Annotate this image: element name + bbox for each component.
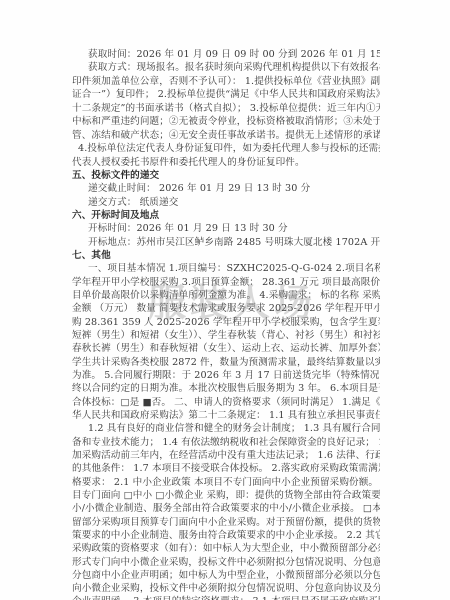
submission-method: 递交方式： 纸质递交 xyxy=(88,196,380,209)
body-line: 企业声明函。 3.本项目的特定资格要求： 3.1 本项目是否属于政府购买服务： xyxy=(72,595,380,600)
body-line: 策要求的中小企业制造、服务由符合政策要求的中小企业承接。 2.2 其它落实政府 xyxy=(72,529,380,542)
body-line: 的其他条件： 1.7 本项目不接受联合体投标。 2.落实政府采购政策需满足的资 xyxy=(72,462,380,475)
section-heading-submission: 五、投标文件的递交 xyxy=(72,169,380,182)
get-method-line: 证合一”）复印件； 2.投标单位提供“满足《中华人民共和国政府采购法》第二 xyxy=(72,88,380,101)
get-time-line: 获取时间：2026 年 01 月 09 日 09 时 00 分到 2026 年 … xyxy=(88,48,380,61)
get-method-line: 代表人授权委托书原件和委托代理人的身份证复印件。 xyxy=(72,156,380,169)
section-heading-opening: 六、开标时间及地点 xyxy=(72,209,380,222)
body-line: 为准。 5.合同履行期限：于 2026 年 3 月 17 日前送货完毕（特殊情况… xyxy=(72,369,380,382)
opening-time: 开标时间：2026 年 01 月 29 日 13 时 30 分 xyxy=(88,222,380,235)
document-page: 获取时间：2026 年 01 月 09 日 09 时 00 分到 2026 年 … xyxy=(0,0,450,600)
opening-location: 开标地点：苏州市吴江区鲈乡南路 2485 号明珠大厦北楼 1702A 开标室 xyxy=(88,236,380,249)
get-method-line: 管、冻结和破产状态；④无安全责任事故承诺书。提供无上述情形的承诺书原件。 xyxy=(72,129,380,142)
body-line: 备和专业技术能力； 1.4 有依法缴纳税收和社会保障资金的良好记录； 1.5 参 xyxy=(72,436,380,449)
section-heading-other: 七、其他 xyxy=(72,249,380,262)
body-line: 分包商中小企业声明函；如中标人为中型企业，小微预留部分必须以分包形式专门 xyxy=(72,569,380,582)
submission-deadline: 递交截止时间： 2026 年 01 月 29 日 13 时 30 分 xyxy=(88,182,380,195)
body-line: 向小微企业采购，投标文件中必须附拟分包情况说明、分包意向协议及分包商中小 xyxy=(72,582,380,595)
body-line: 目专门面向 □中小 □小微企业 采购，即：提供的货物全部由符合政策要求的中 xyxy=(72,489,380,502)
get-method-line: 印件须加盖单位公章，否则不予认可）： 1.提供投标单位《营业执照》副本（“三 xyxy=(72,75,380,88)
get-method-line: 获取方式：现场报名。报名获时须向采购代理机构提供以下有效报名材料（复 xyxy=(88,61,380,74)
get-method-line: 4.投标单位法定代表人身份证复印件，如为委托代理人参与投标的还需提供法定 xyxy=(78,142,380,155)
body-line: 一、项目基本情况 1.项目编号：SZXHC2025-Q-G-024 2.项目名称… xyxy=(88,262,380,275)
body-line: 终以合同约定的日期为准。本批次校服售后服务期为 3 年。 6.本项目是否接受联 xyxy=(72,382,380,395)
get-method-line: 十二条规定”的书面承诺书（格式自拟）； 3.投标单位提供：近三年内①无骗取 xyxy=(72,102,380,115)
body-line: 加采购活动前三年内，在经营活动中没有重大违法记录； 1.6 法律、行政法规规定 xyxy=(72,449,380,462)
get-method-line: 中标和严重违约问题；②无被责令停业，投标资格被取消情形；③未处于财务被接 xyxy=(72,115,380,128)
body-line: 春秋长裤（男生）和春秋短裙（女生）、运动上衣、运动长裤、加厚外套），359 名 xyxy=(72,342,380,355)
body-line: 学生共计采购各类校服 2872 件，数量为预测需求量，最终结算数量以实际供货数量 xyxy=(72,356,380,369)
watermark: 服装人场 xyxy=(148,283,316,323)
body-line: 短裤（男生）和短裙（女生））、学生春秋装（背心、衬衫（男生）和衬衫（女生）、 xyxy=(72,329,380,342)
body-line: 采购政策的资格要求（如有）：如中标人为大型企业，中小微预留部分必须以分包 xyxy=(72,542,380,555)
body-line: 留部分采购项目预算专门面向中小企业采购。对于预留份额，提供的货物由符合政 xyxy=(72,516,380,529)
body-line: 小/小微企业制造、服务全部由符合政策要求的中小/小微企业承接。 □本项目预 xyxy=(72,502,380,515)
body-line: 格要求： 2.1 中小企业政策 本项目不专门面向中小企业预留采购份额。 □本项 xyxy=(72,476,380,489)
body-line: 1.2 具有良好的商业信誉和健全的财务会计制度； 1.3 具有履行合同所必需的设 xyxy=(88,422,380,435)
body-line: 合体投标：□是 ■否。 二、申请人的资格要求（须同时满足） 1.满足《中 xyxy=(72,396,380,409)
body-line: 形式专门向中小微企业采购，投标文件中必须附拟分包情况说明、分包意向协议及 xyxy=(72,556,380,569)
body-line: 华人民共和国政府采购法》第二十二条规定： 1.1 具有独立承担民事责任的能力； xyxy=(72,409,380,422)
